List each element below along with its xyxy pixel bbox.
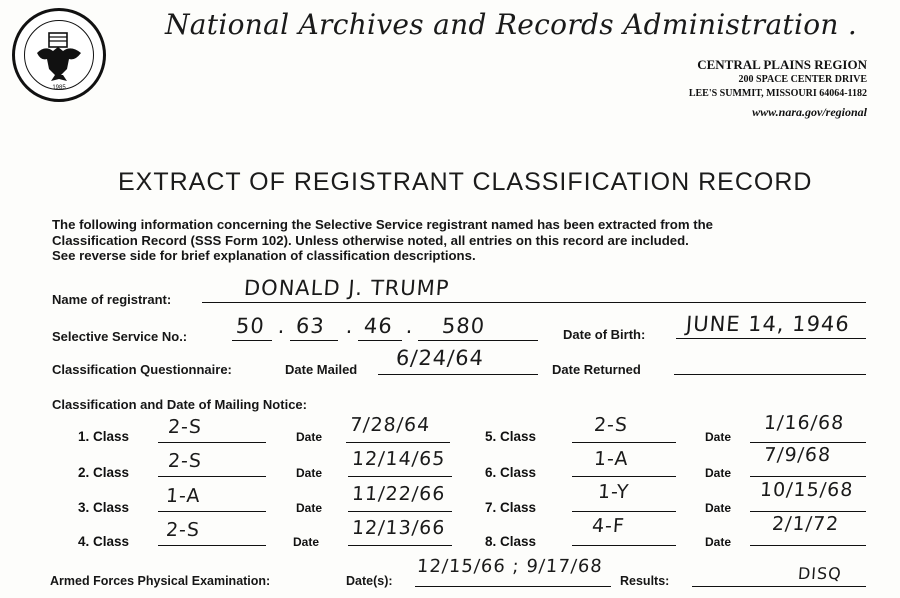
date-label: Date: [296, 466, 322, 480]
class-4-field[interactable]: 2-S: [158, 521, 266, 546]
dob-value: JUNE 14, 1946: [685, 312, 850, 336]
class-row-label: 6. Class: [485, 465, 536, 480]
svg-text:1985: 1985: [52, 85, 66, 91]
questionnaire-label: Classification Questionnaire:: [52, 362, 232, 377]
class-8-date-field[interactable]: 2/1/72: [750, 519, 866, 546]
date-label: Date: [293, 535, 319, 549]
intro-line: See reverse side for brief explanation o…: [52, 248, 872, 264]
class-2-field[interactable]: 2-S: [158, 452, 266, 477]
date-mailed-field[interactable]: 6/24/64: [378, 350, 538, 375]
name-field[interactable]: DONALD J. TRUMP: [202, 280, 866, 303]
exam-dates-field[interactable]: 12/15/66 ; 9/17/68: [415, 560, 611, 587]
dob-label: Date of Birth:: [563, 327, 645, 342]
class-value: 2-S: [167, 416, 203, 438]
class-value: 1-Y: [597, 481, 630, 503]
class-1-field[interactable]: 2-S: [158, 418, 266, 443]
date-label: Date: [705, 430, 731, 444]
ss-separator: .: [345, 314, 354, 338]
class-3-date-field[interactable]: 11/22/66: [348, 485, 452, 512]
document-title: EXTRACT OF REGISTRANT CLASSIFICATION REC…: [118, 168, 812, 197]
date-returned-label: Date Returned: [552, 362, 641, 377]
ss-part-value: 50: [235, 314, 265, 338]
physical-exam-label: Armed Forces Physical Examination:: [50, 574, 270, 588]
agency-name: National Archives and Records Administra…: [165, 8, 857, 41]
date-label: Date: [705, 466, 731, 480]
date-value: 12/14/65: [351, 448, 446, 470]
exam-dates-label: Date(s):: [346, 574, 393, 588]
intro-paragraph: The following information concerning the…: [52, 217, 872, 264]
intro-line: Classification Record (SSS Form 102). Un…: [52, 233, 872, 249]
ss-part-value: 46: [363, 314, 393, 338]
ss-separator: .: [405, 314, 414, 338]
nara-seal-icon: 1985: [12, 8, 106, 102]
class-1-date-field[interactable]: 7/28/64: [346, 416, 450, 443]
ss-number-part-3[interactable]: 46: [358, 316, 402, 341]
class-value: 2-S: [167, 450, 203, 472]
class-row-label: 5. Class: [485, 429, 536, 444]
region-name: CENTRAL PLAINS REGION: [697, 57, 867, 73]
class-row-label: 8. Class: [485, 534, 536, 549]
class-value: 2-S: [593, 414, 629, 436]
class-value: 4-F: [591, 515, 625, 537]
date-mailed-value: 6/24/64: [395, 346, 485, 370]
class-7-date-field[interactable]: 10/15/68: [750, 485, 866, 512]
street-address: 200 SPACE CENTER DRIVE: [739, 74, 867, 85]
ss-number-part-4[interactable]: 580: [418, 316, 538, 341]
class-4-date-field[interactable]: 12/13/66: [348, 519, 452, 546]
class-row-label: 4. Class: [78, 534, 129, 549]
results-field[interactable]: DISQ: [692, 564, 866, 587]
class-7-field[interactable]: 1-Y: [572, 487, 676, 512]
ss-part-value: 580: [441, 314, 486, 338]
class-value: 1-A: [593, 448, 629, 470]
date-value: 11/22/66: [351, 483, 446, 505]
ss-number-part-1[interactable]: 50: [232, 316, 272, 341]
name-label: Name of registrant:: [52, 292, 171, 307]
results-label: Results:: [620, 574, 669, 588]
class-value: 1-A: [165, 485, 201, 507]
class-row-label: 3. Class: [78, 500, 129, 515]
city-address: LEE'S SUMMIT, MISSOURI 64064-1182: [689, 88, 867, 99]
exam-dates-value: 12/15/66 ; 9/17/68: [416, 556, 603, 577]
date-value: 12/13/66: [351, 517, 446, 539]
class-row-label: 1. Class: [78, 429, 129, 444]
class-value: 2-S: [165, 519, 201, 541]
date-value: 10/15/68: [759, 479, 854, 501]
intro-line: The following information concerning the…: [52, 217, 872, 233]
class-row-label: 7. Class: [485, 500, 536, 515]
ss-separator: .: [277, 314, 286, 338]
website-link[interactable]: www.nara.gov/regional: [752, 105, 867, 120]
classifications-heading: Classification and Date of Mailing Notic…: [52, 397, 307, 412]
class-3-field[interactable]: 1-A: [158, 487, 266, 512]
date-mailed-label: Date Mailed: [285, 362, 357, 377]
results-value: DISQ: [797, 564, 842, 583]
date-value: 2/1/72: [771, 513, 840, 535]
name-value: DONALD J. TRUMP: [243, 276, 450, 300]
class-2-date-field[interactable]: 12/14/65: [348, 450, 452, 477]
dob-field[interactable]: JUNE 14, 1946: [676, 314, 866, 339]
date-label: Date: [296, 501, 322, 515]
date-label: Date: [296, 430, 322, 444]
date-label: Date: [705, 535, 731, 549]
date-value: 1/16/68: [763, 412, 845, 434]
class-6-field[interactable]: 1-A: [572, 452, 676, 477]
class-6-date-field[interactable]: 7/9/68: [750, 450, 866, 477]
ss-part-value: 63: [295, 314, 325, 338]
class-5-field[interactable]: 2-S: [572, 418, 676, 443]
class-5-date-field[interactable]: 1/16/68: [750, 416, 866, 443]
ss-number-label: Selective Service No.:: [52, 329, 187, 344]
date-value: 7/9/68: [763, 444, 832, 466]
class-row-label: 2. Class: [78, 465, 129, 480]
date-value: 7/28/64: [349, 414, 431, 436]
date-label: Date: [705, 501, 731, 515]
date-returned-field[interactable]: [674, 352, 866, 375]
ss-number-part-2[interactable]: 63: [290, 316, 338, 341]
class-8-field[interactable]: 4-F: [572, 521, 676, 546]
